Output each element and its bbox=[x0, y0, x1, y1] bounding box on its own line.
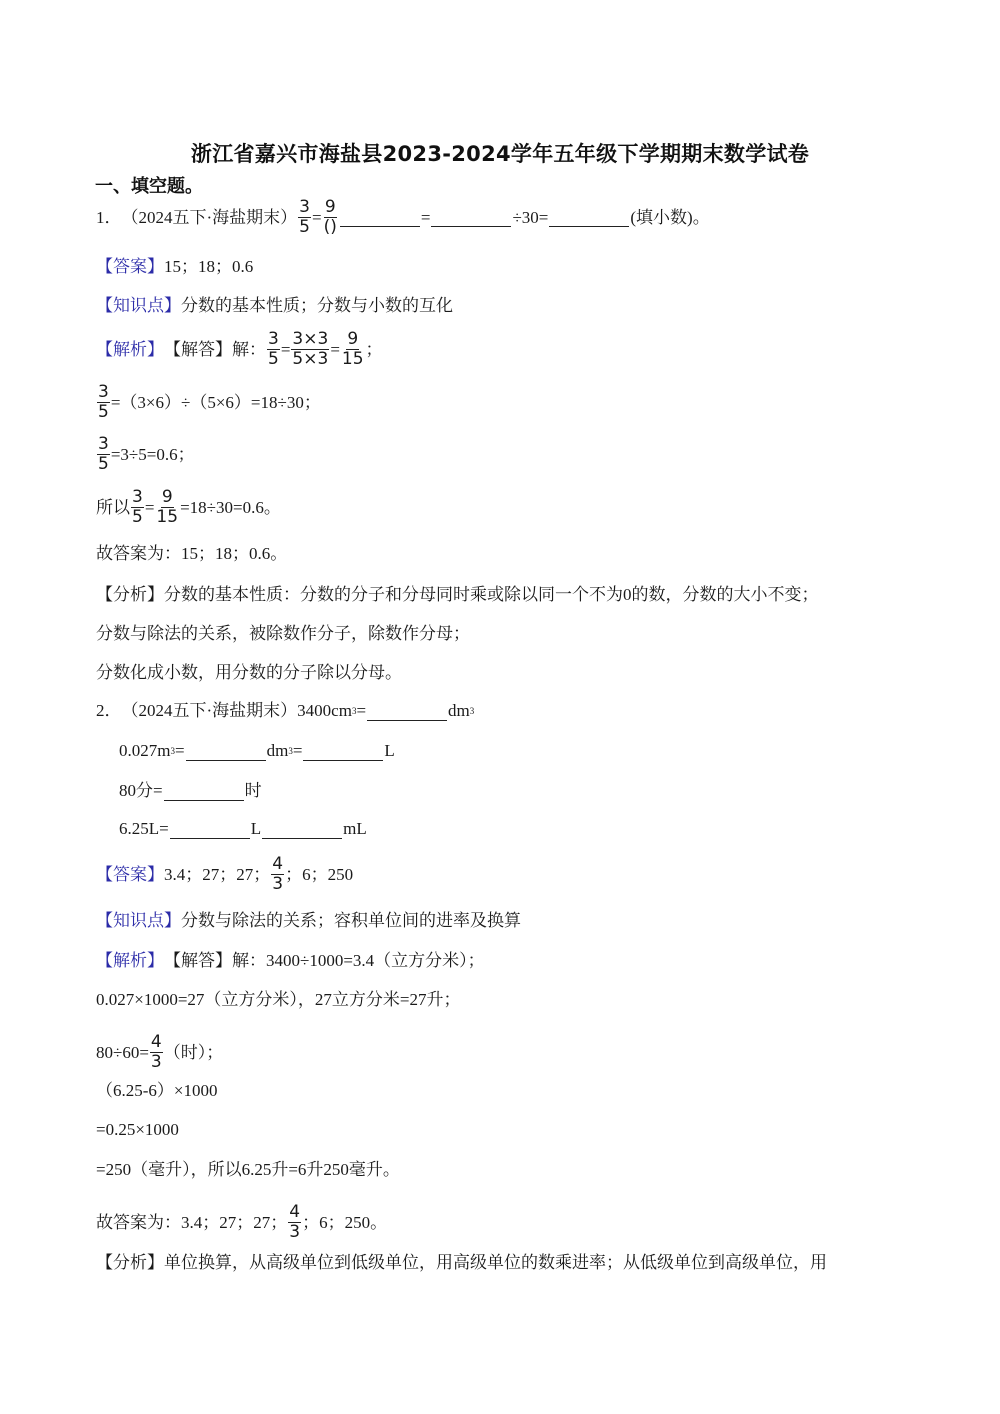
q2-solution-line2: 0.027×1000=27（立方分米），27立方分米=27升； bbox=[96, 989, 461, 1011]
q1-analysis-3: 分数化成小数，用分数的分子除以分母。 bbox=[96, 662, 402, 684]
q2-stem-line4: 6.25L= L mL bbox=[119, 818, 367, 840]
q1-knowledge: 【知识点】 分数的基本性质；分数与小数的互化 bbox=[96, 295, 453, 317]
document-title: 浙江省嘉兴市海盐县2023-2024学年五年级下学期期末数学试卷 bbox=[0, 138, 1000, 168]
answer-blank bbox=[170, 820, 250, 839]
answer-label: 【答案】 bbox=[96, 256, 164, 278]
answer-blank bbox=[340, 208, 420, 227]
q2-number: 2． bbox=[96, 700, 122, 722]
answer-blank bbox=[186, 742, 266, 761]
q2-answer: 【答案】 3.4；27；27；43；6；250 bbox=[96, 855, 353, 894]
q2-knowledge: 【知识点】 分数与除法的关系；容积单位间的进率及换算 bbox=[96, 910, 521, 932]
q2-solution-line5: =0.25×1000 bbox=[96, 1119, 179, 1141]
knowledge-label: 【知识点】 bbox=[96, 910, 181, 932]
fraction: 35 bbox=[298, 198, 311, 237]
q2-stem-line3: 80分= 时 bbox=[119, 780, 262, 802]
q1-solution-line4: 所以35=915=18÷30=0.6。 bbox=[96, 488, 281, 527]
q2-source: （2024五下·海盐期末） bbox=[122, 700, 298, 722]
exam-page: 浙江省嘉兴市海盐县2023-2024学年五年级下学期期末数学试卷 一、填空题。 … bbox=[0, 0, 1000, 1414]
answer-blank bbox=[164, 782, 244, 801]
q2-solution-line3: 80÷60=43（时）； bbox=[96, 1033, 223, 1072]
section-heading: 一、填空题。 bbox=[95, 172, 203, 198]
knowledge-label: 【知识点】 bbox=[96, 295, 181, 317]
q2-solution-line1: 【解析】 【解答】解：3400÷1000=3.4（立方分米）； bbox=[96, 950, 485, 972]
answer-blank bbox=[303, 742, 383, 761]
analysis-detail-label: 【解析】 bbox=[96, 950, 164, 972]
answer-blank bbox=[262, 820, 342, 839]
q1-solution-line2: 35=（3×6）÷（5×6）=18÷30； bbox=[96, 383, 321, 422]
q1-analysis-1: 【分析】分数的基本性质：分数的分子和分母同时乘或除以同一个不为0的数，分数的大小… bbox=[96, 584, 819, 606]
q1-solution-line3: 35=3÷5=0.6； bbox=[96, 435, 195, 474]
analysis-label: 【分析】 bbox=[96, 1252, 164, 1274]
answer-label: 【答案】 bbox=[96, 864, 164, 886]
q2-analysis-1: 【分析】单位换算，从高级单位到低级单位，用高级单位的数乘进率；从低级单位到高级单… bbox=[96, 1252, 827, 1274]
q1-stem: 1． （2024五下·海盐期末） 35 = 9() = ÷30= (填小数)。 bbox=[96, 198, 710, 237]
analysis-detail-label: 【解析】 bbox=[96, 339, 164, 361]
analysis-label: 【分析】 bbox=[96, 584, 164, 606]
answer-blank bbox=[549, 208, 629, 227]
q1-final-answer: 故答案为：15；18；0.6。 bbox=[96, 543, 287, 565]
q2-solution-line4: （6.25-6）×1000 bbox=[96, 1080, 218, 1102]
q2-stem-line1: 2． （2024五下·海盐期末） 3400cm3= dm3 bbox=[96, 700, 474, 722]
q1-number: 1． bbox=[96, 207, 122, 229]
q1-solution-line1: 【解析】 【解答】解： 35=3×35×3=915； bbox=[96, 330, 383, 369]
q1-analysis-2: 分数与除法的关系，被除数作分子，除数作分母； bbox=[96, 623, 470, 645]
answer-blank bbox=[431, 208, 511, 227]
q2-solution-line6: =250（毫升），所以6.25升=6升250毫升。 bbox=[96, 1159, 400, 1181]
answer-blank bbox=[367, 702, 447, 721]
q2-final-answer: 故答案为：3.4；27；27；43；6；250。 bbox=[96, 1203, 387, 1242]
q1-answer: 【答案】 15；18；0.6 bbox=[96, 256, 253, 278]
q1-source: （2024五下·海盐期末） bbox=[122, 207, 298, 229]
fraction: 9() bbox=[323, 198, 338, 237]
q2-stem-line2: 0.027m3= dm3= L bbox=[119, 740, 395, 762]
